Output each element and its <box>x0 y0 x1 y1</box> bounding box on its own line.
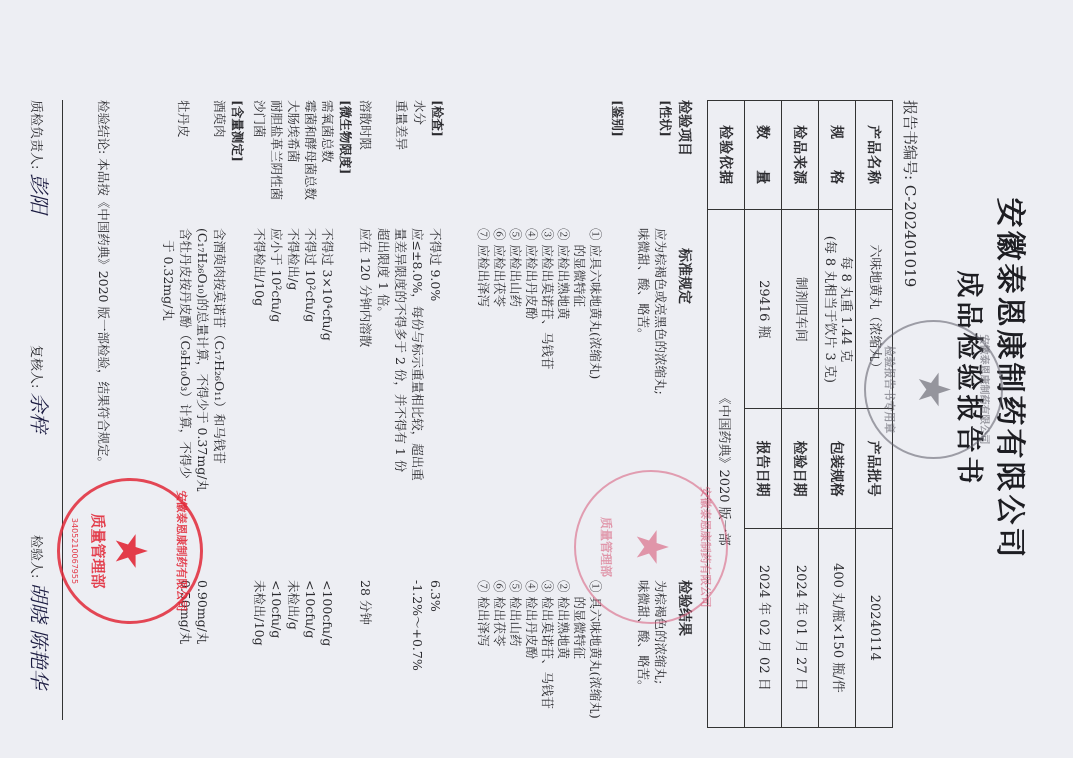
identification-line: ② 检出熟地黄 <box>555 580 571 719</box>
identification-line: ⑥ 检出茯苓 <box>491 580 507 719</box>
conclusion-text: 本品按《中国药典》2020 版一部检验，结果符合规定。 <box>96 158 111 469</box>
identification-line: ⑤ 检出山药 <box>507 580 523 719</box>
water-standard: 不得过 9.0% <box>427 228 443 301</box>
weight-standard-line-1: 应≤±8.0%，每份与标示重量相比较，超出重 <box>409 228 425 481</box>
section-inspection: [检查] <box>429 100 445 137</box>
star-icon: ★ <box>108 531 152 570</box>
qa-stamp-top-text: 安徽泰恩康制药有限公司 <box>174 491 190 612</box>
package-label: 包装规格 <box>819 409 856 528</box>
microbial-row: 需氧菌总数不得过 3×10⁴cfu/g<100cfu/g <box>318 100 335 720</box>
moutan-standard-line-1: 含牡丹皮按丹皮酚（C₉H₁₀O₃）计算，不得少 <box>177 228 193 479</box>
microbial-row: 霉菌和酵母菌总数不得过 10²cfu/g<10cfu/g <box>301 100 318 720</box>
microbial-row: 大肠埃希菌不得检出/g未检出/g <box>284 100 301 720</box>
reviewer-label: 复核人: <box>28 345 43 388</box>
cornus-label: 酒萸肉 <box>211 100 227 138</box>
source-value: 制剂四车间 <box>782 210 819 409</box>
qa-department-stamp: ★ 安徽泰恩康制药有限公司 质量管理部 3405210067955 <box>57 478 203 624</box>
quantity-label: 数 量 <box>745 101 782 210</box>
faded-seal-center-text: 质量管理部 <box>598 517 615 577</box>
spec-value: 每 8 丸重 1.44 克(每 8 丸相当于饮片 3 克) <box>819 210 856 409</box>
spec-label: 规 格 <box>819 101 856 210</box>
water-label: 水分 <box>411 100 427 125</box>
microbial-standard: 不得检出/g <box>285 228 301 290</box>
report-number: 报告书编号: C-202401019 <box>900 100 921 287</box>
weight-standard-line-2: 量差异限度的不得多于 2 份，并不得有 1 份 <box>392 228 408 472</box>
qa-head-handwriting: 彭阳 <box>27 174 51 214</box>
identification-line: ⑤ 应检出山药 <box>507 228 523 379</box>
identification-line: ② 应检出熟地黄 <box>555 228 571 379</box>
basis-value: 《中国药典》2020 版一部 <box>708 210 745 728</box>
identification-line: ⑥ 应检出茯苓 <box>491 228 507 379</box>
identification-line: ⑦ 应检出泽泻 <box>475 228 491 379</box>
inspector-signature: 检验人: 胡晓 陈艳华 <box>26 535 55 689</box>
water-result: 6.3% <box>427 580 443 612</box>
report-date-value: 2024 年 02 月 02 日 <box>745 528 782 727</box>
report-date-label: 报告日期 <box>745 409 782 528</box>
identification-line: ⑦ 检出泽泻 <box>475 580 491 719</box>
microbial-item-label: 霉菌和酵母菌总数 <box>302 100 318 200</box>
quantity-value: 29416 瓶 <box>745 210 782 409</box>
identification-line: ④ 应检出丹皮酚 <box>523 228 539 379</box>
inspector-label: 检验人: <box>28 535 43 578</box>
batch-value: 20240114 <box>856 528 893 727</box>
appearance-standard-line-1: 应为棕褐色或亮黑色的浓缩丸; <box>652 228 668 395</box>
section-identification: [鉴别] <box>609 100 625 137</box>
microbial-result: 未检出/g <box>285 580 301 630</box>
reviewer-signature: 复核人: 余梓 <box>26 345 55 433</box>
cornus-standard-line-1: 含酒萸肉按莫诺苷（C₁₇H₂₆O₁₁）和马钱苷 <box>211 228 227 464</box>
identification-line: ① 应具六味地黄丸(浓缩丸) <box>587 228 603 379</box>
identification-line: ③ 检出莫诺苷、马钱苷 <box>539 580 555 719</box>
test-date-label: 检验日期 <box>782 409 819 528</box>
inspector-handwriting: 胡晓 陈艳华 <box>27 583 51 689</box>
column-standard-header: 标准规定 <box>675 248 695 304</box>
weight-standard-line-3: 超出限度 1 倍。 <box>375 228 391 319</box>
cornus-result: 0.90mg/丸 <box>194 580 210 644</box>
cornus-standard-line-2: (C₁₇H₂₆O₁₀)的总量计算，不得少于 0.37mg/丸 <box>194 228 210 492</box>
qa-head-label: 质检负责人: <box>28 100 43 169</box>
package-value: 400 丸/瓶×150 瓶/件 <box>819 528 856 727</box>
identification-results: ① 具六味地黄丸(浓缩丸) 的显微特征② 检出熟地黄③ 检出莫诺苷、马钱苷④ 检… <box>475 580 603 719</box>
microbial-result: <10cfu/g <box>268 580 284 638</box>
moutan-label: 牡丹皮 <box>175 100 191 138</box>
section-appearance: [性状] <box>657 100 673 137</box>
inspection-report-page: 安徽泰恩康制药有限公司 成品检验报告书 报告书编号: C-202401019 产… <box>0 0 1073 758</box>
microbial-result: <100cfu/g <box>319 580 335 646</box>
report-seal-center-text: 检验报告书专用章 <box>882 346 898 434</box>
identification-line: 的显微特征 <box>571 580 587 719</box>
identification-line: 的显微特征 <box>571 228 587 379</box>
microbial-limits: 需氧菌总数不得过 3×10⁴cfu/g<100cfu/g霉菌和酵母菌总数不得过 … <box>250 100 335 720</box>
report-number-label: 报告书编号: <box>901 100 919 180</box>
test-date-value: 2024 年 01 月 27 日 <box>782 528 819 727</box>
product-name-label: 产品名称 <box>856 101 893 210</box>
section-microbial: [微生物限度] <box>337 100 353 174</box>
product-info-table: 产品名称 六味地黄丸（浓缩丸） 产品批号 20240114 规 格 每 8 丸重… <box>707 100 893 728</box>
microbial-item-label: 需氧菌总数 <box>319 100 335 163</box>
spec-line-1: 每 8 丸重 1.44 克 <box>837 214 853 404</box>
disintegration-result: 28 分钟 <box>357 580 373 625</box>
reviewer-handwriting: 余梓 <box>27 393 51 433</box>
appearance-standard-line-2: 味微甜、酸、略苦。 <box>635 228 651 341</box>
faded-qa-stamp: ★ 安徽泰恩康制药有限公司 质量管理部 <box>574 470 728 624</box>
microbial-standard: 应小于 10²cfu/g <box>268 228 284 322</box>
signature-divider <box>62 100 63 720</box>
microbial-standard: 不得过 3×10⁴cfu/g <box>319 228 335 341</box>
report-number-value: C-202401019 <box>901 185 919 287</box>
disintegration-label: 溶散时限 <box>357 100 373 150</box>
qa-head-signature: 质检负责人: 彭阳 <box>26 100 55 214</box>
identification-standards: ① 应具六味地黄丸(浓缩丸) 的显微特征② 应检出熟地黄③ 应检出莫诺苷、马钱苷… <box>475 228 603 379</box>
microbial-result: 未检出/10g <box>251 580 267 646</box>
identification-line: ④ 检出丹皮酚 <box>523 580 539 719</box>
source-label: 检品来源 <box>782 101 819 210</box>
microbial-item-label: 沙门菌 <box>251 100 267 138</box>
microbial-row: 耐胆盐革兰阴性菌应小于 10²cfu/g<10cfu/g <box>267 100 284 720</box>
weight-result: -1.2%～+0.7% <box>409 580 425 671</box>
section-assay: [含量测定] <box>229 100 245 162</box>
moutan-standard-line-2: 于 0.32mg/丸 <box>160 240 176 321</box>
weight-variation-label: 重量差异 <box>393 100 409 150</box>
conclusion: 检验结论: 本品按《中国药典》2020 版一部检验，结果符合规定。 <box>95 100 111 469</box>
qa-stamp-center-text: 质量管理部 <box>88 513 109 588</box>
microbial-item-label: 大肠埃希菌 <box>285 100 301 163</box>
microbial-result: <10cfu/g <box>302 580 318 638</box>
star-icon: ★ <box>629 527 673 566</box>
qa-stamp-code: 3405210067955 <box>70 518 79 584</box>
report-seal-top-text: 安徽泰恩康制药有限公司 <box>978 335 993 445</box>
disintegration-standard: 应在 120 分钟内溶散 <box>357 228 373 347</box>
report-seal-stamp: ★ 安徽泰恩康制药有限公司 检验报告书专用章 <box>864 320 1003 459</box>
microbial-row: 沙门菌不得检出/10g未检出/10g <box>250 100 267 720</box>
spec-line-2: (每 8 丸相当于饮片 3 克) <box>821 214 837 404</box>
star-icon: ★ <box>912 370 956 409</box>
microbial-standard: 不得过 10²cfu/g <box>302 228 318 322</box>
microbial-standard: 不得检出/10g <box>251 228 267 306</box>
column-item-header: 检验项目 <box>675 100 695 156</box>
conclusion-label: 检验结论: <box>96 100 111 154</box>
basis-label: 检验依据 <box>708 101 745 210</box>
identification-line: ③ 应检出莫诺苷、马钱苷 <box>539 228 555 379</box>
microbial-item-label: 耐胆盐革兰阴性菌 <box>268 100 284 200</box>
faded-seal-top-text: 安徽泰恩康制药有限公司 <box>698 487 714 608</box>
